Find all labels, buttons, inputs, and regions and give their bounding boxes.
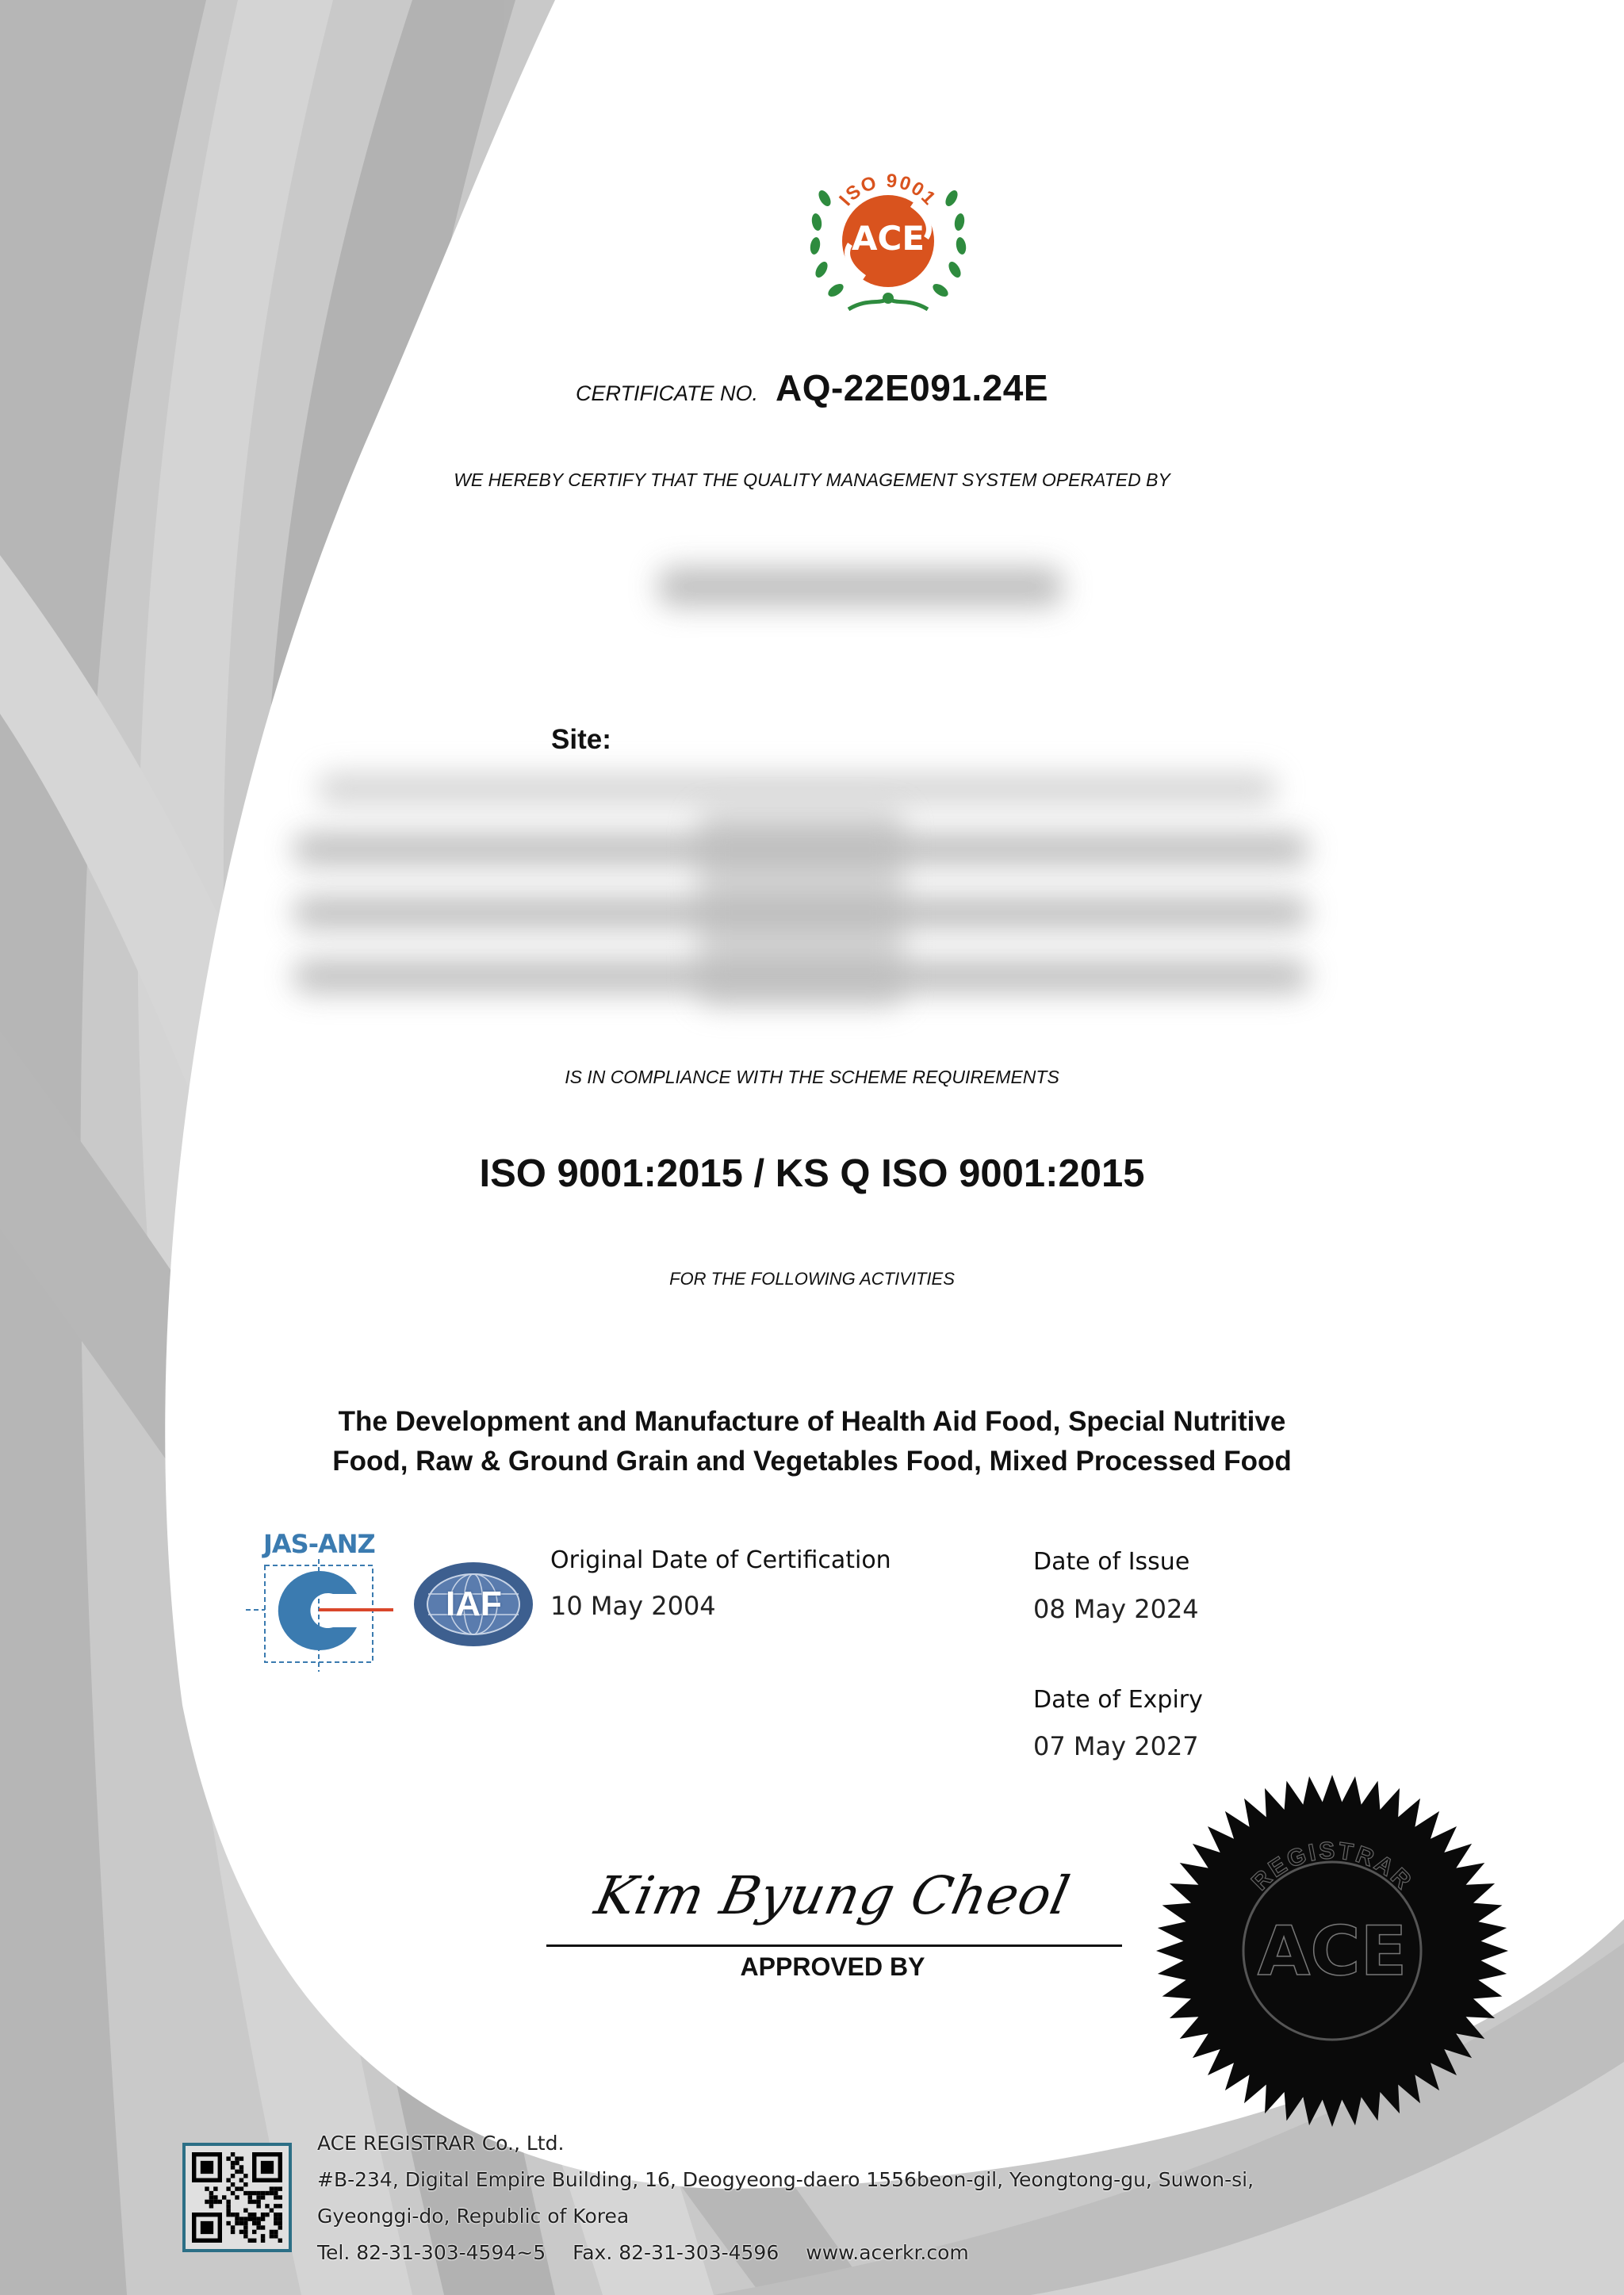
registrar-contacts: Tel. 82-31-303-4594~5 Fax. 82-31-303-459… xyxy=(317,2235,1254,2271)
registrar-website[interactable]: www.acerkr.com xyxy=(806,2235,969,2271)
issue-date-value: 08 May 2024 xyxy=(1033,1594,1199,1624)
original-date-label: Original Date of Certification xyxy=(550,1546,891,1574)
registrar-address-1: #B-234, Digital Empire Building, 16, Deo… xyxy=(317,2162,1254,2198)
issue-date-label: Date of Issue xyxy=(1033,1548,1189,1576)
expiry-date-value: 07 May 2027 xyxy=(1033,1731,1199,1761)
certificate-number: AQ-22E091.24E xyxy=(776,366,1048,409)
organization-name-redacted xyxy=(658,567,1063,607)
iaf-logo: IAF xyxy=(412,1561,535,1648)
certified-standard: ISO 9001:2015 / KS Q ISO 9001:2015 xyxy=(0,1151,1624,1196)
approved-by-label: APPROVED BY xyxy=(539,1952,1126,1982)
registrar-tel: Tel. 82-31-303-4594~5 xyxy=(317,2235,546,2271)
compliance-statement: IS IN COMPLIANCE WITH THE SCHEME REQUIRE… xyxy=(0,1067,1624,1088)
registrar-company: ACE REGISTRAR Co., Ltd. xyxy=(317,2125,1254,2162)
registrar-address-2: Gyeonggi-do, Republic of Korea xyxy=(317,2198,1254,2235)
activities-intro: FOR THE FOLLOWING ACTIVITIES xyxy=(0,1269,1624,1289)
registrar-fax: Fax. 82-31-303-4596 xyxy=(573,2235,779,2271)
registrar-info: ACE REGISTRAR Co., Ltd. #B-234, Digital … xyxy=(317,2125,1254,2271)
logo-badge-text: ACE xyxy=(793,219,983,258)
certificate-number-label: CERTIFICATE NO. xyxy=(576,381,758,406)
qr-code[interactable] xyxy=(182,2143,292,2252)
certify-statement: WE HEREBY CERTIFY THAT THE QUALITY MANAG… xyxy=(0,469,1624,491)
expiry-date-label: Date of Expiry xyxy=(1033,1686,1203,1714)
registrar-seal: REGISTRAR ACE xyxy=(1154,1772,1511,2129)
certificate-number-row: CERTIFICATE NO. AQ-22E091.24E xyxy=(0,366,1624,409)
scope-line-1: The Development and Manufacture of Healt… xyxy=(0,1402,1624,1442)
signature-line xyxy=(546,1944,1122,1947)
certification-scope: The Development and Manufacture of Healt… xyxy=(0,1402,1624,1481)
jas-anz-c-icon xyxy=(246,1559,404,1672)
seal-starburst-icon: REGISTRAR ACE xyxy=(1154,1772,1511,2129)
scope-line-2: Food, Raw & Ground Grain and Vegetables … xyxy=(0,1442,1624,1481)
qr-code-icon xyxy=(192,2152,282,2243)
svg-text:ACE: ACE xyxy=(1258,1912,1407,1991)
approver-signature: Kim Byung Cheol xyxy=(533,1865,1132,1926)
site-label: Site: xyxy=(551,724,611,756)
ace-iso-logo: ISO 9001 ACE xyxy=(793,143,983,333)
original-date-value: 10 May 2004 xyxy=(550,1591,716,1621)
jas-anz-logo: JAS-ANZ xyxy=(246,1529,404,1672)
jas-anz-label: JAS-ANZ xyxy=(263,1529,375,1559)
iaf-label: IAF xyxy=(412,1584,535,1624)
